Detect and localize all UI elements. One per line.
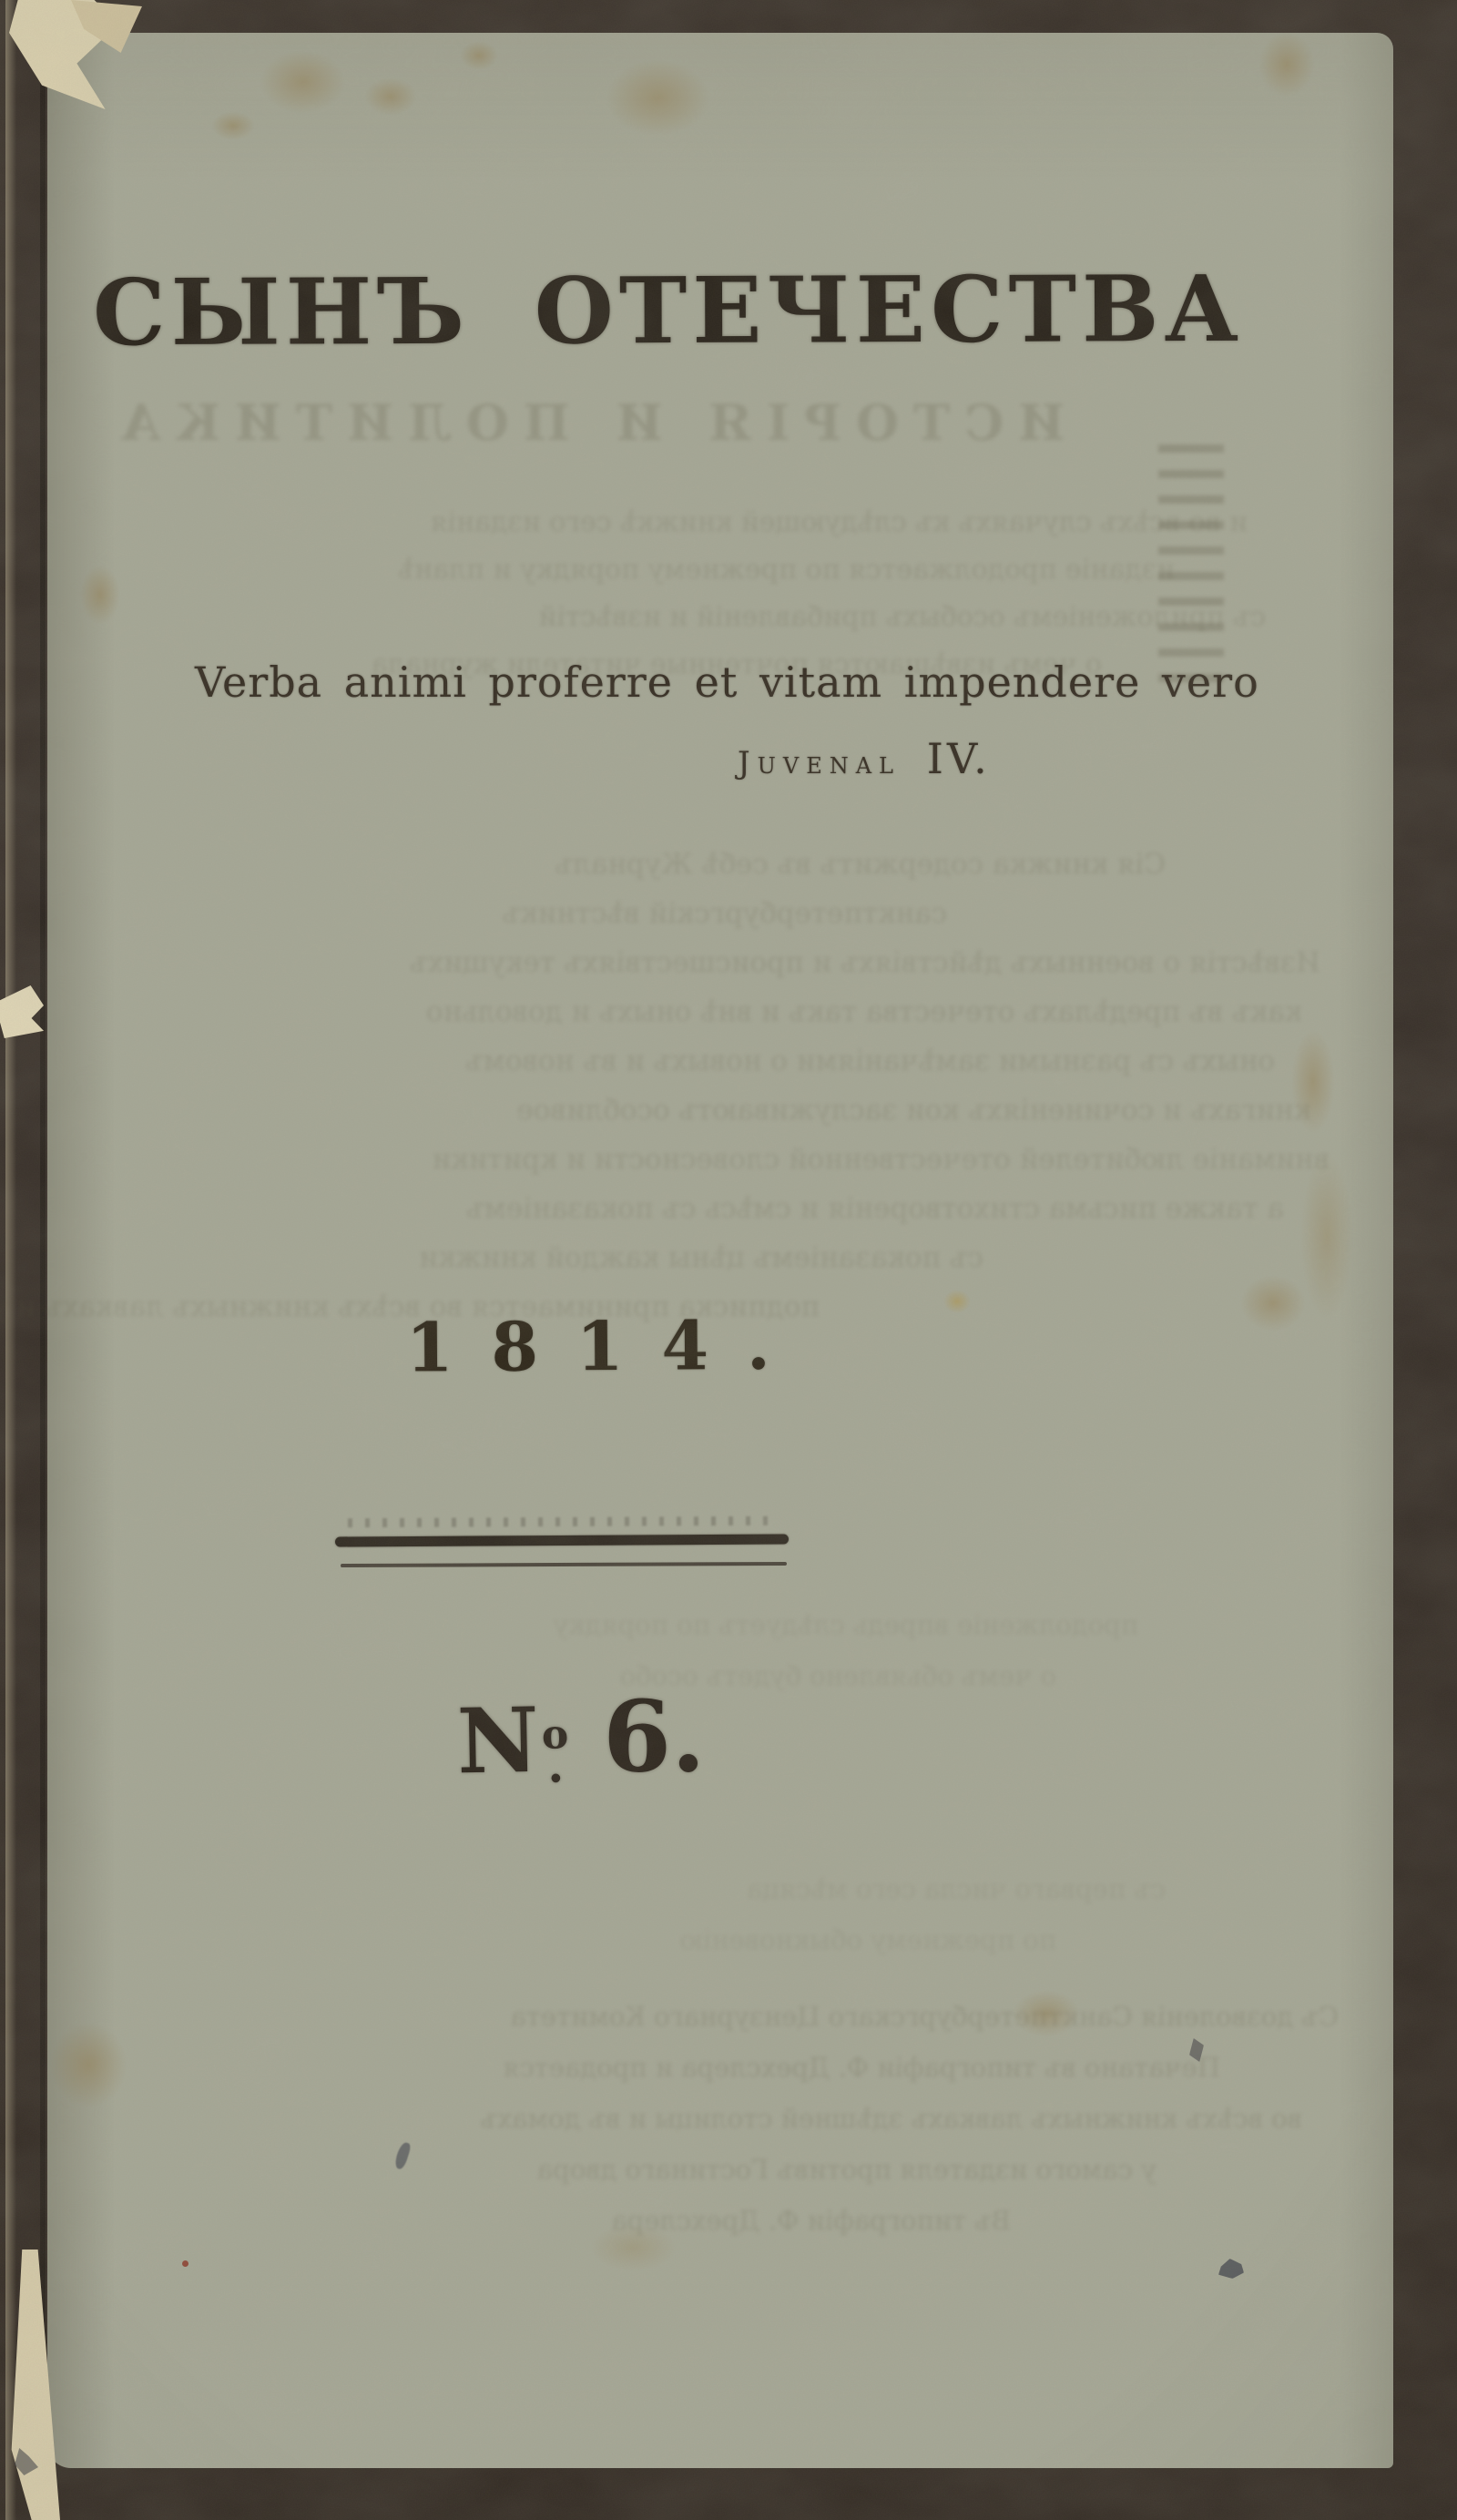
issue-number: N o . 6. [456,1694,706,1785]
bleedthrough-line: съ приложеніемъ особыхъ прибавленій и из… [73,594,1266,641]
bleedthrough-line: по прежнему обыкновенію [301,1914,1056,1965]
latin-motto: Verba animi proferre et vitam impendere … [195,658,1259,707]
bleedthrough-lower-block: Съ дозволенія Санктпетербургскаго Цензур… [82,1991,1357,2246]
issue-letter-n: N [456,1699,539,1785]
bleedthrough-line: во всѣхъ книжныхъ лавкахъ здѣшней столиц… [82,2093,1302,2144]
bleedthrough-line: и во всѣхъ случаяхъ къ слѣдующей книжкѣ … [73,499,1248,546]
journal-title: СЫНЪ ОТЕЧЕСТВА [93,255,1244,366]
bleedthrough-line: Въ типографіи Ф. Дрехслера [82,2195,1011,2246]
attribution-name: Juvenal [738,745,901,781]
bleedthrough-column [1158,444,1224,689]
bleedthrough-line: изданіе продолжается по прежнему порядку… [73,546,1175,594]
scanned-journal-cover: ИСТОРІЯ И ПОЛИТИКА и во всѣхъ случаяхъ к… [0,0,1457,2520]
bleedthrough-line: съ перваго числа сего мѣсяца [301,1863,1166,1914]
bleedthrough-line: санктпетербургскій вѣстникъ [55,889,947,938]
bleedthrough-between-block: продолженіе впредь слѣдуетъ по порядку о… [273,1599,1138,1701]
publication-year: 1814. [406,1306,809,1387]
issue-superscript: o . [538,1721,572,1783]
bleedthrough-line: Печатано въ типографіи Ф. Дрехслера и пр… [82,2042,1220,2093]
bleedthrough-line: Сія книжка содержитъ въ себѣ Журналъ [55,840,1166,889]
bleedthrough-line: Извѣстія о военныхъ дѣйствіяхъ и происше… [55,938,1320,987]
bleedthrough-line: Съ дозволенія Санктпетербургскаго Цензур… [82,1991,1339,2042]
bleedthrough-line: какъ въ предѣлахъ отечества такъ и внѣ о… [55,987,1302,1036]
bleedthrough-line: книгахъ и сочиненіяхъ кои заслуживаютъ о… [55,1086,1311,1135]
spine-highlight [5,0,16,2520]
bleedthrough-heading: ИСТОРІЯ И ПОЛИТИКА [98,393,1073,452]
spine-crease [40,0,46,2520]
bleedthrough-below-block: съ перваго числа сего мѣсяца по прежнему… [301,1863,1166,1965]
issue-superscript-dot: . [547,1750,565,1783]
bleedthrough-line: вниманіе любителей отечественной словесн… [55,1135,1330,1184]
bleedthrough-line: продолженіе впредь слѣдуетъ по порядку [273,1599,1138,1650]
motto-attribution: Juvenal IV. [738,734,991,783]
bleedthrough-line: оныхъ съ разными замѣчаніями о новыхъ и … [55,1036,1275,1086]
bleedthrough-line: а также письма стихотворенія и смѣсь съ … [55,1184,1284,1233]
bleedthrough-line: съ показаніемъ цѣны каждой книжки [55,1233,983,1282]
issue-digit: 6. [603,1695,706,1781]
attribution-numeral: IV. [927,734,991,783]
bleedthrough-line: у самого издателя противъ Гостинаго двор… [82,2144,1156,2195]
bleedthrough-middle-block: Сія книжка содержитъ въ себѣ Журналъ сан… [55,840,1330,1331]
